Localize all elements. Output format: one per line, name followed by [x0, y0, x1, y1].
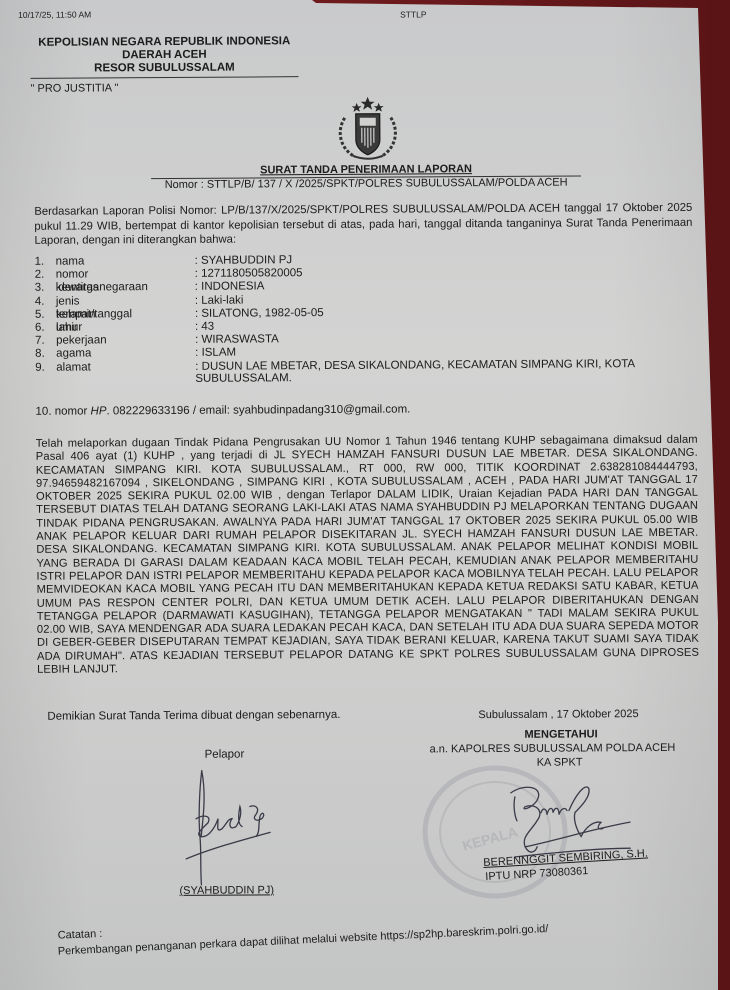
letterhead-line-3: RESOR SUBULUSSALAM [30, 61, 298, 76]
identity-number: 3. [35, 282, 51, 295]
note-text: Perkembangan penanganan perkara dapat di… [58, 923, 549, 958]
note-label: Catatan : [57, 928, 102, 942]
letterhead-divider [30, 76, 298, 79]
print-page-code: STTLP [400, 9, 427, 19]
identity-number: 2. [35, 269, 51, 282]
contact-line: 10. nomor HP. 082229633196 / email: syah… [35, 404, 410, 418]
document-content: 10/17/25, 11:50 AM STTLP KEPOLISIAN NEGA… [0, 0, 730, 990]
contact-hp-label: HP [90, 405, 106, 417]
identity-label: nama [56, 255, 85, 268]
identity-label: pekerjaan [56, 334, 107, 347]
identity-number: 7. [35, 335, 51, 348]
contact-prefix: 10. nomor [35, 405, 90, 417]
document-number: Nomor : STTLP/B/ 137 / X /2025/SPKT/POLR… [151, 176, 581, 191]
closing-statement: Demikian Surat Tanda Terima dibuat denga… [47, 709, 340, 723]
identity-label: umur [56, 321, 82, 334]
identity-label: kewarganegaraan [56, 281, 148, 295]
on-behalf-line: a.n. KAPOLRES SUBULUSSALAM POLDA ACEH [430, 742, 676, 756]
report-narrative: Telah melaporkan dugaan Tindak Pidana Pe… [36, 434, 699, 677]
identity-list: 1. nama : SYAHBUDDIN PJ 2. nomor identit… [35, 256, 36, 375]
reporter-signature-icon [180, 766, 301, 887]
reporter-label: Pelapor [205, 749, 245, 761]
polri-emblem-icon [331, 96, 405, 162]
identity-number: 6. [35, 322, 51, 335]
identity-value: : DUSUN LAE MBETAR, DESA SIKALONDANG, KE… [195, 357, 665, 385]
contact-details: . 082229633196 / email: syahbudinpadang3… [106, 404, 410, 418]
reporter-name: (SYAHBUDDIN PJ) [179, 884, 274, 897]
identity-label: agama [56, 348, 91, 361]
identity-number: 1. [35, 256, 51, 269]
identity-number: 9. [35, 361, 51, 374]
acknowledged-label: MENGETAHUI [524, 728, 597, 740]
intro-paragraph: Berdasarkan Laporan Polisi Nomor: LP/B/1… [34, 201, 692, 249]
identity-number: 8. [35, 348, 51, 361]
identity-number: 4. [35, 295, 51, 308]
print-timestamp: 10/17/25, 11:50 AM [18, 9, 91, 19]
identity-number: 5. [35, 308, 51, 321]
place-date: Subulussalam , 17 Oktober 2025 [478, 708, 638, 721]
identity-label: alamat [56, 361, 91, 374]
motto: " PRO JUSTITIA " [31, 82, 119, 95]
letterhead-line-1: KEPOLISIAN NEGARA REPUBLIK INDONESIA [30, 35, 298, 50]
letterhead: KEPOLISIAN NEGARA REPUBLIK INDONESIA DAE… [30, 35, 298, 76]
